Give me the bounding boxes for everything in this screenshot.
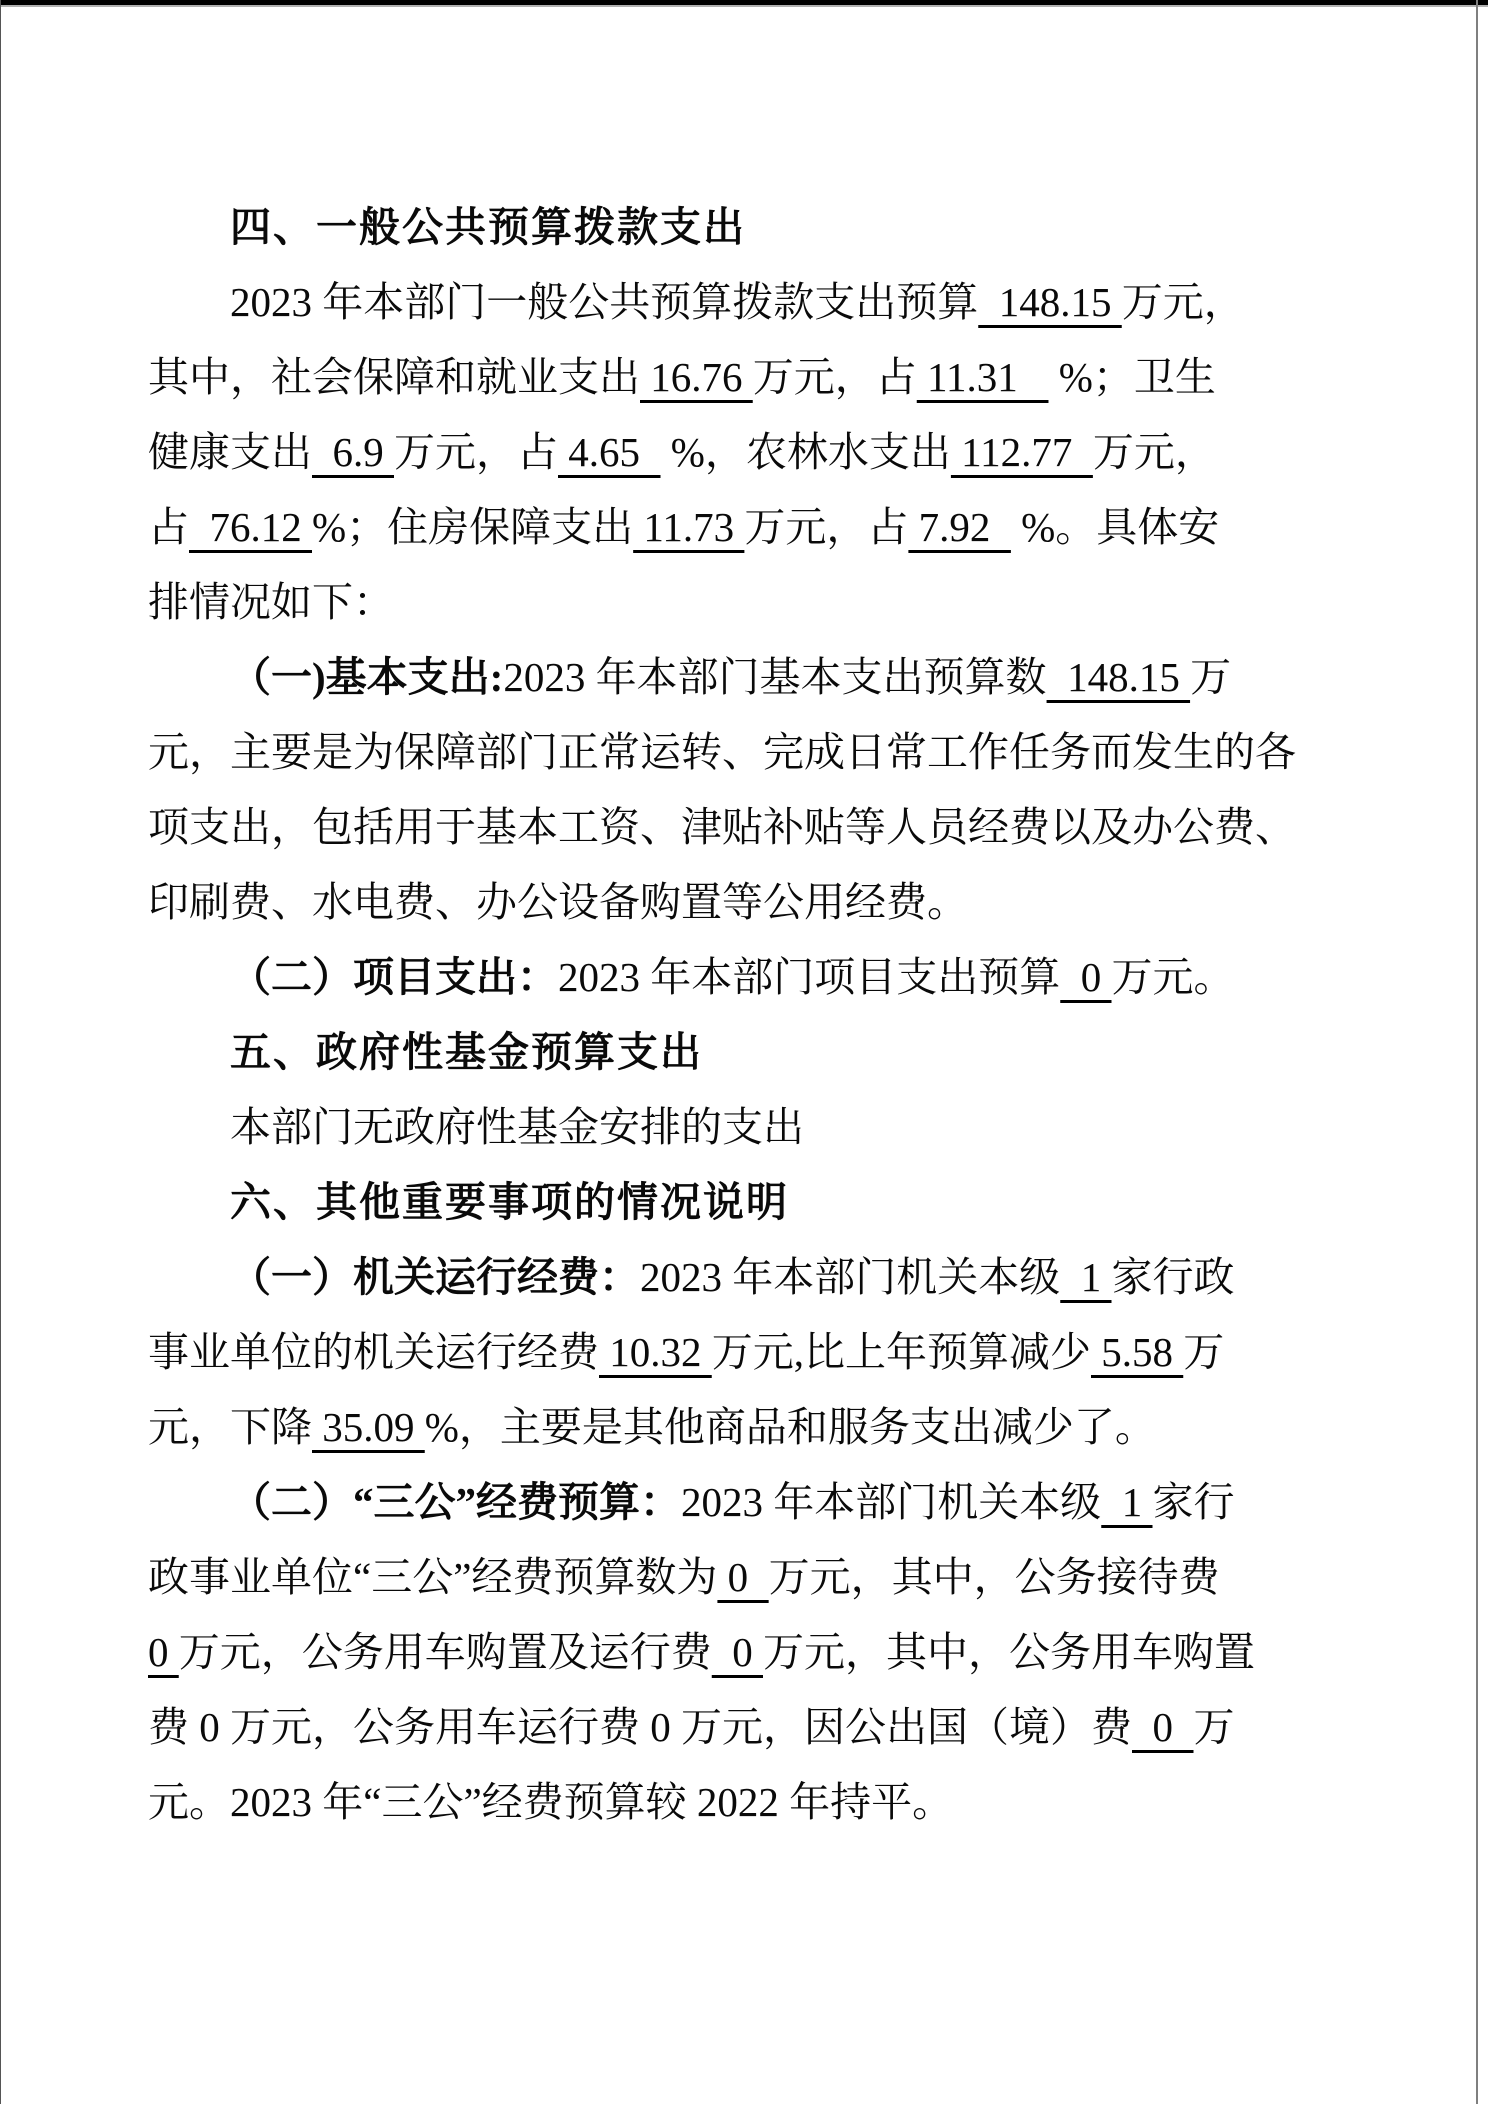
text-segment: 万元，占: [753, 354, 917, 400]
text-segment: %；住房保障支出: [312, 504, 633, 550]
page-left-edge: [0, 0, 1, 2104]
text-segment: （一)基本支出:: [230, 654, 503, 700]
text-segment: 万: [1183, 1329, 1224, 1375]
document-page: 四、一般公共预算拨款支出2023 年本部门一般公共预算拨款支出预算 148.15…: [0, 0, 1488, 2104]
text-segment: 元。2023 年“三公”经费预算较 2022 年持平。: [148, 1779, 953, 1825]
text-segment: 万元，: [1093, 429, 1216, 475]
blank-underline-value: 0: [717, 1554, 768, 1600]
section-heading-line: 五、政府性基金预算支出: [148, 1015, 1358, 1090]
document-line: 排情况如下：: [148, 565, 1358, 640]
text-segment: 事业单位的机关运行经费: [148, 1329, 599, 1375]
text-segment: 万元。: [1112, 954, 1235, 1000]
document-line: 元。2023 年“三公”经费预算较 2022 年持平。: [148, 1765, 1358, 1840]
text-segment: 万元，其中，公务接待费: [769, 1554, 1220, 1600]
text-segment: 印刷费、水电费、办公设备购置等公用经费。: [148, 879, 968, 925]
text-segment: 四、一般公共预算拨款支出: [230, 204, 746, 250]
text-segment: 本部门无政府性基金安排的支出: [230, 1104, 804, 1150]
text-segment: 其中，社会保障和就业支出: [148, 354, 640, 400]
text-segment: 六、其他重要事项的情况说明: [230, 1179, 789, 1225]
blank-underline-value: 1: [1060, 1254, 1111, 1300]
document-line: 占 76.12 %；住房保障支出 11.73 万元，占 7.92 %。具体安: [148, 490, 1358, 565]
document-line: 0 万元，公务用车购置及运行费 0 万元，其中，公务用车购置: [148, 1615, 1358, 1690]
text-segment: 2023 年本部门机关本级: [640, 1254, 1060, 1300]
blank-underline-value: 7.92: [908, 504, 1011, 550]
document-line: （一)基本支出:2023 年本部门基本支出预算数 148.15 万: [148, 640, 1358, 715]
document-line: 政事业单位“三公”经费预算数为 0 万元，其中，公务接待费: [148, 1540, 1358, 1615]
text-segment: %，主要是其他商品和服务支出减少了。: [425, 1404, 1156, 1450]
text-segment: 2023 年本部门项目支出预算: [558, 954, 1060, 1000]
document-line: 2023 年本部门一般公共预算拨款支出预算 148.15 万元，: [148, 265, 1358, 340]
document-line: （二）“三公”经费预算：2023 年本部门机关本级 1 家行: [148, 1465, 1358, 1540]
text-segment: 万: [1194, 1704, 1235, 1750]
page-right-edge: [1476, 0, 1478, 2104]
blank-underline-value: 5.58: [1091, 1329, 1183, 1375]
blank-underline-value: 76.12: [189, 504, 312, 550]
text-segment: %，农林水支出: [661, 429, 951, 475]
text-segment: 2023 年本部门机关本级: [681, 1479, 1101, 1525]
document-line: （二）项目支出：2023 年本部门项目支出预算 0 万元。: [148, 940, 1358, 1015]
text-segment: 2023 年本部门基本支出预算数: [503, 654, 1046, 700]
text-segment: 政事业单位“三公”经费预算数为: [148, 1554, 717, 1600]
text-segment: 万: [1190, 654, 1231, 700]
blank-underline-value: 6.9: [312, 429, 394, 475]
blank-underline-value: 4.65: [558, 429, 661, 475]
text-segment: 万元,比上年预算减少: [712, 1329, 1091, 1375]
text-segment: （二）项目支出：: [230, 954, 558, 1000]
section-heading-line: 六、其他重要事项的情况说明: [148, 1165, 1358, 1240]
blank-underline-value: 11.73: [633, 504, 744, 550]
text-segment: 万元，公务用车购置及运行费: [179, 1629, 712, 1675]
text-segment: 健康支出: [148, 429, 312, 475]
text-segment: 万元，占: [744, 504, 908, 550]
blank-underline-value: 1: [1101, 1479, 1152, 1525]
blank-underline-value: 148.15: [978, 279, 1122, 325]
document-line: 印刷费、水电费、办公设备购置等公用经费。: [148, 865, 1358, 940]
document-line: 健康支出 6.9 万元，占 4.65 %，农林水支出 112.77 万元，: [148, 415, 1358, 490]
text-segment: 家行政: [1112, 1254, 1235, 1300]
text-segment: 万元，占: [394, 429, 558, 475]
text-segment: 万元，: [1122, 279, 1245, 325]
blank-underline-value: 148.15: [1047, 654, 1191, 700]
blank-underline-value: 16.76: [640, 354, 753, 400]
text-segment: 费 0 万元，公务用车运行费 0 万元，因公出国（境）费: [148, 1704, 1132, 1750]
blank-underline-value: 0: [1060, 954, 1111, 1000]
document-line: 元，下降 35.09 %，主要是其他商品和服务支出减少了。: [148, 1390, 1358, 1465]
blank-underline-value: 0: [148, 1629, 179, 1675]
text-segment: 五、政府性基金预算支出: [230, 1029, 703, 1075]
text-segment: 排情况如下：: [148, 579, 394, 625]
window-top-edge-shadow: [0, 5, 1488, 7]
document-line: 项支出，包括用于基本工资、津贴补贴等人员经费以及办公费、: [148, 790, 1358, 865]
blank-underline-value: 35.09: [312, 1404, 425, 1450]
document-line: （一）机关运行经费：2023 年本部门机关本级 1 家行政: [148, 1240, 1358, 1315]
document-line: 事业单位的机关运行经费 10.32 万元,比上年预算减少 5.58 万: [148, 1315, 1358, 1390]
section-heading-line: 四、一般公共预算拨款支出: [148, 190, 1358, 265]
text-segment: 项支出，包括用于基本工资、津贴补贴等人员经费以及办公费、: [148, 804, 1296, 850]
document-line: 元，主要是为保障部门正常运转、完成日常工作任务而发生的各: [148, 715, 1358, 790]
text-segment: （二）“三公”经费预算：: [230, 1479, 681, 1525]
text-segment: 万元，其中，公务用车购置: [763, 1629, 1255, 1675]
text-segment: %；卫生: [1048, 354, 1215, 400]
document-line: 费 0 万元，公务用车运行费 0 万元，因公出国（境）费 0 万: [148, 1690, 1358, 1765]
blank-underline-value: 0: [1132, 1704, 1194, 1750]
text-segment: 元，主要是为保障部门正常运转、完成日常工作任务而发生的各: [148, 729, 1296, 775]
text-segment: （一）机关运行经费：: [230, 1254, 640, 1300]
text-segment: %。具体安: [1011, 504, 1219, 550]
text-segment: 家行: [1153, 1479, 1235, 1525]
text-segment: 2023 年本部门一般公共预算拨款支出预算: [230, 279, 978, 325]
document-line: 本部门无政府性基金安排的支出: [148, 1090, 1358, 1165]
text-segment: 占: [148, 504, 189, 550]
document-line: 其中，社会保障和就业支出 16.76 万元，占 11.31 %；卫生: [148, 340, 1358, 415]
blank-underline-value: 10.32: [599, 1329, 712, 1375]
blank-underline-value: 11.31: [917, 354, 1049, 400]
blank-underline-value: 112.77: [951, 429, 1093, 475]
text-segment: 元，下降: [148, 1404, 312, 1450]
document-text-block: 四、一般公共预算拨款支出2023 年本部门一般公共预算拨款支出预算 148.15…: [148, 190, 1358, 1840]
blank-underline-value: 0: [712, 1629, 763, 1675]
